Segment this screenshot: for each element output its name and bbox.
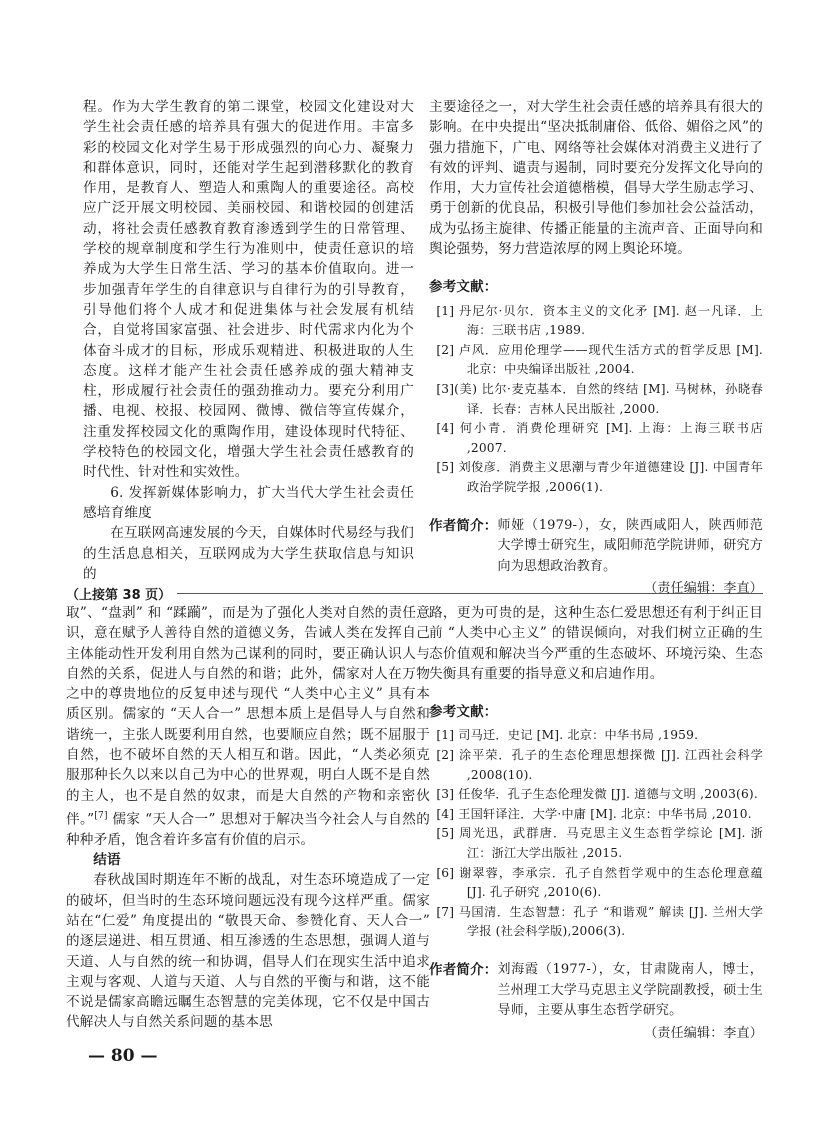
continuation-header: （上接第 38 页） xyxy=(66,584,763,602)
author-bio: 作者简介： 刘海霞（1977-），女，甘肃陇南人，博士，兰州理工大学马克思主义学… xyxy=(429,960,763,1022)
top-left-column: 程。作为大学生教育的第二课堂，校园文化建设对大学生社会责任感的培养具有强大的促进… xyxy=(83,97,414,584)
reference-item: [7] 马国清．生态智慧：孔子 “和谐观” 解读 [J]. 兰州大学学报 (社会… xyxy=(429,903,763,942)
reference-item: [4] 王国轩译注．大学·中庸 [M]. 北京：中华书局 ,2010. xyxy=(429,805,763,825)
body-paragraph: 取”、“盘剥” 和 “蹂躏”，而是为了强化人类对自然的责任意识，意在赋予人善待自… xyxy=(66,603,430,850)
reference-item: [2] 涂平荣．孔子的生态伦理思想探微 [J]. 江西社会科学 ,2008(10… xyxy=(429,746,763,785)
author-bio-text: 师娅（1979-），女，陕西咸阳人，陕西师范大学博士研究生，咸阳师范学院讲师，研… xyxy=(498,516,764,578)
reference-item: [3] 任俊华．孔子生态伦理发微 [J]. 道德与文明 ,2003(6). xyxy=(429,785,763,805)
reference-item: [1] 司马迁．史记 [M]. 北京：中华书局 ,1959. xyxy=(429,726,763,746)
bottom-left-column: 取”、“盘剥” 和 “蹂躏”，而是为了强化人类对自然的责任意识，意在赋予人善待自… xyxy=(66,603,430,1033)
references-title: 参考文献： xyxy=(429,702,763,722)
reference-item: [2] 卢风．应用伦理学——现代生活方式的哲学反思 [M]. 北京：中央编译出版… xyxy=(429,341,763,380)
references-list: [1] 丹尼尔·贝尔．资本主义的文化矛 [M]. 赵一凡译．上海：三联书店 ,1… xyxy=(429,302,763,498)
reference-item: [5] 周光迅，武群唐．马克思主义生态哲学综论 [M]. 浙江：浙江大学出版社 … xyxy=(429,824,763,863)
reference-item: [4] 何小青．消费伦理研究 [M]. 上海：上海三联书店 ,2007. xyxy=(429,419,763,458)
reference-item: [6] 谢翠蓉，李承宗．孔子自然哲学观中的生态伦理意蕴 [J]. 孔子研究 ,2… xyxy=(429,864,763,903)
author-bio-text: 刘海霞（1977-），女，甘肃陇南人，博士，兰州理工大学马克思主义学院副教授，硕… xyxy=(498,960,764,1022)
section-subheading: 结语 xyxy=(66,850,430,870)
reference-item: [5] 刘俊彦．消费主义思潮与青少年道德建设 [J]. 中国青年政治学院学报 ,… xyxy=(429,458,763,497)
body-paragraph: 在互联网高速发展的今天，自媒体时代易经与我们的生活息息相关，互联网成为大学生获取… xyxy=(83,523,414,584)
body-paragraph: 春秋战国时期连年不断的战乱，对生态环境造成了一定的破坏，但当时的生态环境问题远没… xyxy=(66,870,430,1032)
citation-marker: [7] xyxy=(94,811,107,821)
author-bio-label: 作者简介： xyxy=(429,516,498,578)
top-right-column: 主要途径之一，对大学生社会责任感的培养具有很大的影响。在中央提出“坚决抵制庸俗、… xyxy=(429,97,763,599)
author-bio-label: 作者简介： xyxy=(429,960,498,1022)
author-bio: 作者简介： 师娅（1979-），女，陕西咸阳人，陕西师范大学博士研究生，咸阳师范… xyxy=(429,516,763,578)
bottom-right-column: 路，更为可贵的是，这种生态仁爱思想还有利于纠正目前 “人类中心主义” 的错误倾向… xyxy=(429,603,763,1044)
section-subheading: 6. 发挥新媒体影响力，扩大当代大学生社会责任感培育维度 xyxy=(83,483,414,524)
body-paragraph: 程。作为大学生教育的第二课堂，校园文化建设对大学生社会责任感的培养具有强大的促进… xyxy=(83,97,414,483)
page-number: — 80 — xyxy=(88,1046,158,1066)
divider-line xyxy=(177,593,763,594)
reference-item: [3](美) 比尔·麦克基本．自然的终结 [M]. 马树林，孙晓春译．长春：吉林… xyxy=(429,380,763,419)
body-text: 取”、“盘剥” 和 “蹂躏”，而是为了强化人类对自然的责任意识，意在赋予人善待自… xyxy=(66,605,430,828)
continuation-label: （上接第 38 页） xyxy=(66,584,171,603)
body-text: 儒家 “天人合一” 思想对于解决当今社会人与自然的种种矛盾，饱含着许多富有价值的… xyxy=(66,812,430,848)
references-title: 参考文献： xyxy=(429,277,763,297)
reference-item: [1] 丹尼尔·贝尔．资本主义的文化矛 [M]. 赵一凡译．上海：三联书店 ,1… xyxy=(429,302,763,341)
body-paragraph: 主要途径之一，对大学生社会责任感的培养具有很大的影响。在中央提出“坚决抵制庸俗、… xyxy=(429,97,763,259)
body-paragraph: 路，更为可贵的是，这种生态仁爱思想还有利于纠正目前 “人类中心主义” 的错误倾向… xyxy=(429,603,763,684)
references-list: [1] 司马迁．史记 [M]. 北京：中华书局 ,1959. [2] 涂平荣．孔… xyxy=(429,726,763,942)
responsible-editor: （责任编辑：李直） xyxy=(429,1024,763,1044)
